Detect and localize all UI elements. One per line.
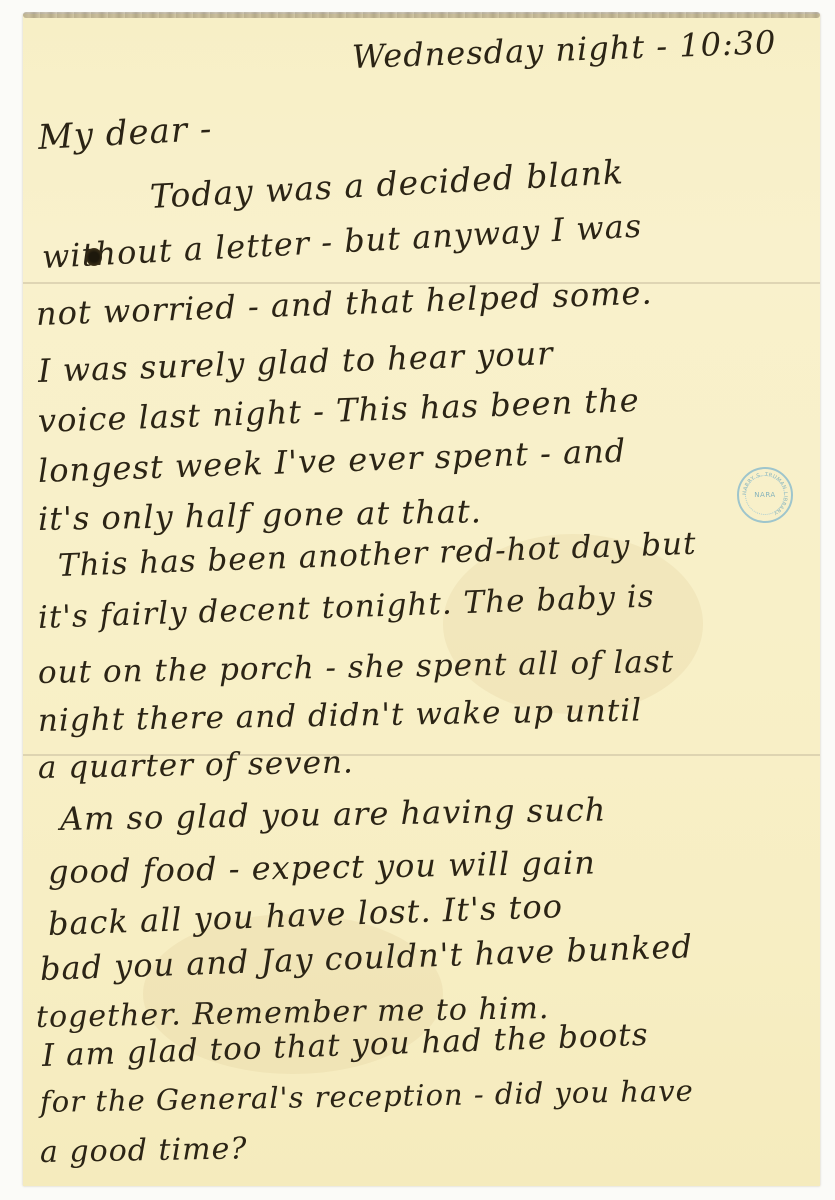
stamp-inner-ring (745, 475, 785, 515)
letter-line: a quarter of seven. (38, 744, 354, 786)
ink-blot (86, 248, 102, 266)
letter-line: a good time? (40, 1131, 248, 1170)
library-stamp: HARRY S. TRUMAN LIBRARY NARA (737, 467, 793, 523)
letter-line: it's only half gone at that. (38, 492, 483, 538)
